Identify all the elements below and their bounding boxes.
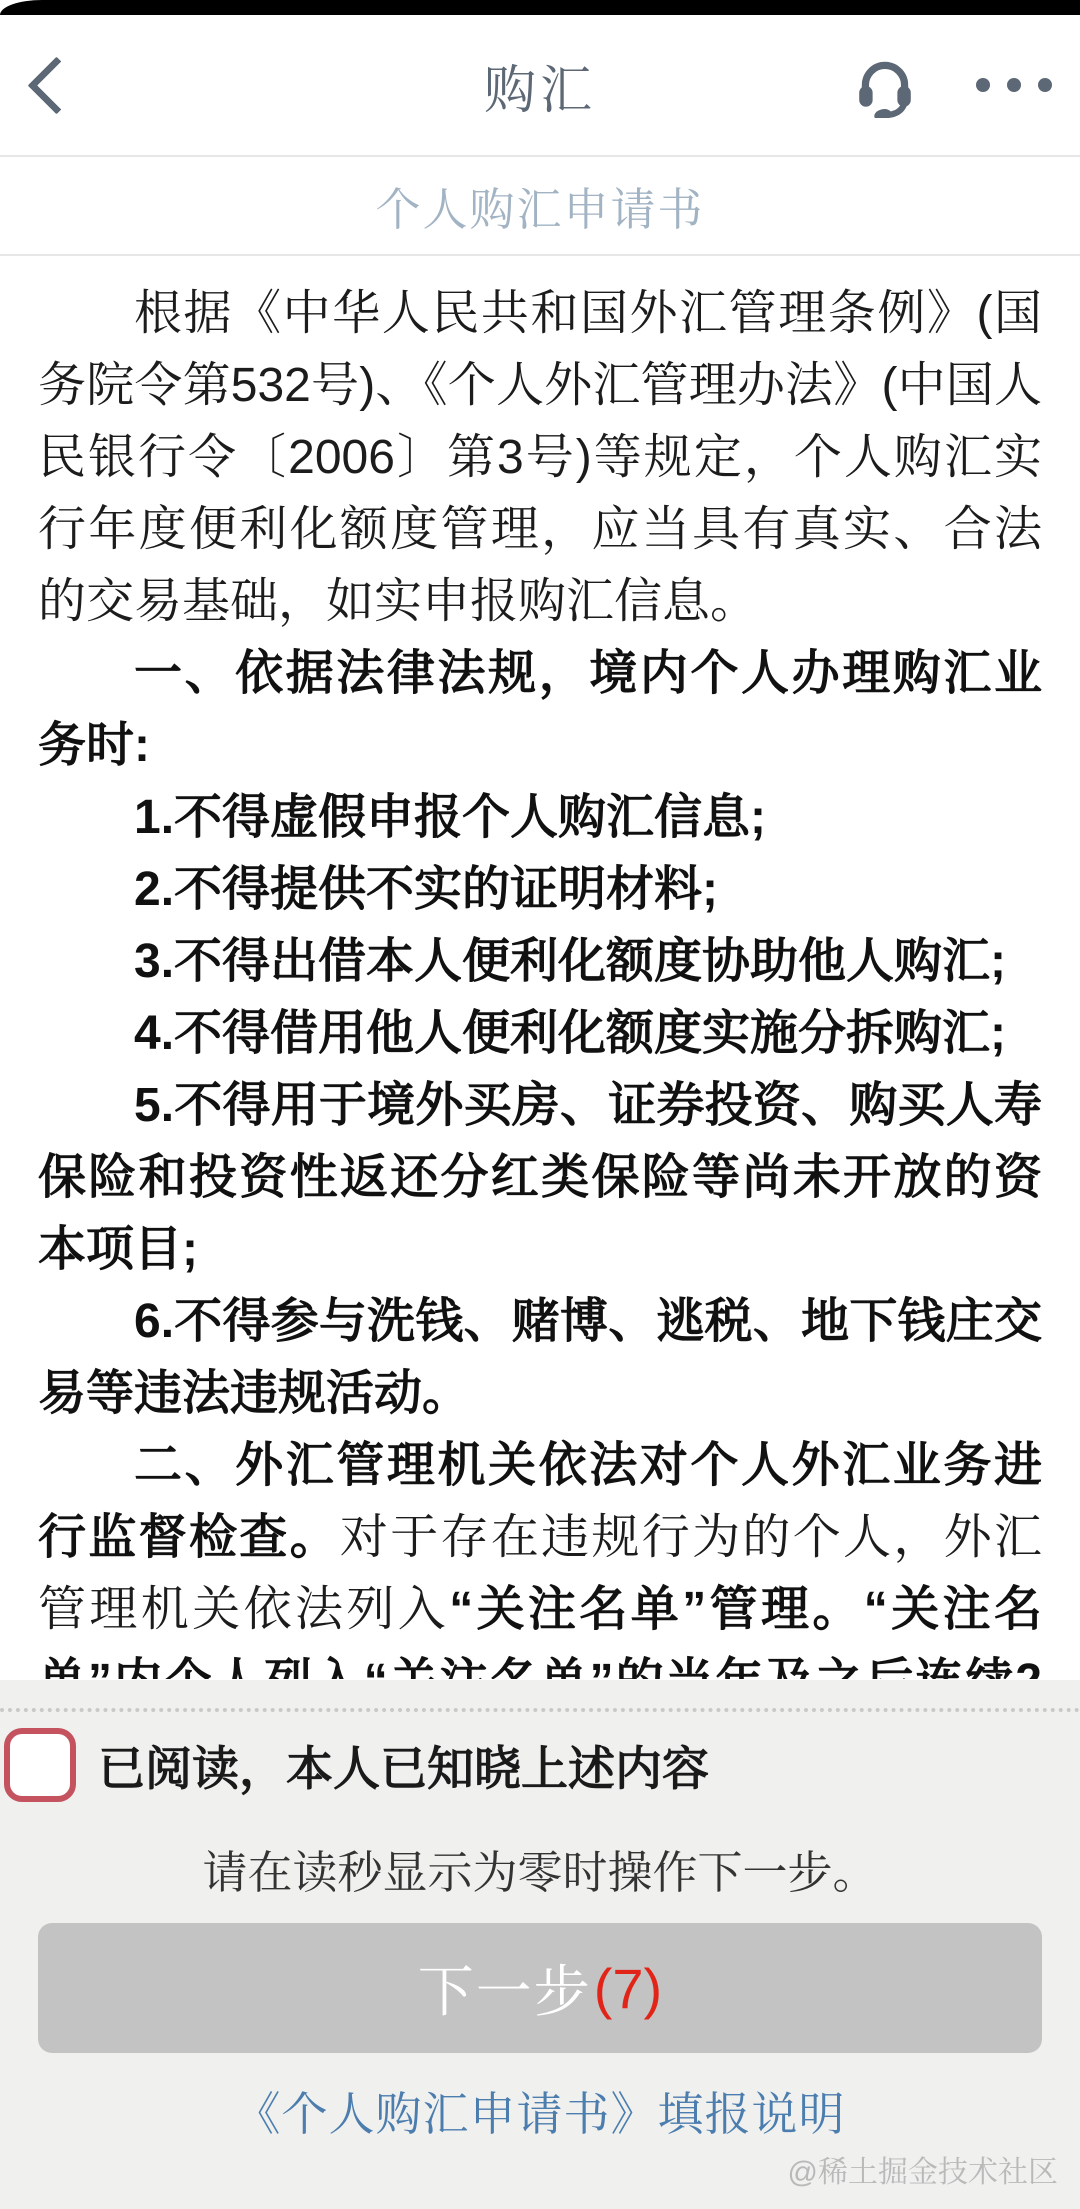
agreement-row: 已阅读，本人已知晓上述内容 [4, 1728, 1052, 1802]
dot-icon [976, 78, 990, 92]
doc-paragraph: 1.不得虚假申报个人购汇信息; [38, 782, 1042, 854]
more-options-button[interactable] [976, 52, 1052, 118]
navbar-actions [852, 52, 1052, 118]
status-bar [0, 0, 1080, 15]
doc-paragraph: 3.不得出借本人便利化额度协助他人购汇; [38, 926, 1042, 998]
agreement-label: 已阅读，本人已知晓上述内容 [98, 1732, 709, 1799]
dot-icon [1007, 78, 1021, 92]
countdown-badge: (7) [594, 1956, 662, 2021]
doc-paragraph: 2.不得提供不实的证明材料; [38, 854, 1042, 926]
doc-paragraph: 根据《中华人民共和国外汇管理条例》(国务院令第532号)、《个人外汇管理办法》(… [38, 278, 1042, 638]
filling-instructions-link[interactable]: 《个人购汇申请书》填报说明 [0, 2078, 1080, 2144]
customer-service-button[interactable] [852, 52, 918, 118]
bottom-panel: 已阅读，本人已知晓上述内容 请在读秒显示为零时操作下一步。 下一步(7) 《个人… [0, 1680, 1080, 2209]
next-step-label: 下一步 [418, 1948, 592, 2028]
dotted-divider [0, 1708, 1080, 1712]
doc-paragraph: 二、外汇管理机关依法对个人外汇业务进行监督检查。对于存在违规行为的个人，外汇管理… [38, 1430, 1042, 1679]
headset-icon [852, 52, 918, 118]
doc-paragraph: 6.不得参与洗钱、赌博、逃税、地下钱庄交易等违法违规活动。 [38, 1286, 1042, 1430]
back-button[interactable] [36, 40, 106, 130]
document-body[interactable]: 根据《中华人民共和国外汇管理条例》(国务院令第532号)、《个人外汇管理办法》(… [0, 256, 1080, 1679]
navbar: 购汇 [0, 15, 1080, 155]
agreement-checkbox[interactable] [4, 1728, 76, 1802]
document-title: 个人购汇申请书 [375, 173, 704, 238]
next-step-button[interactable]: 下一步(7) [38, 1923, 1042, 2053]
document-title-bar: 个人购汇申请书 [0, 157, 1080, 254]
dot-icon [1038, 78, 1052, 92]
countdown-hint: 请在读秒显示为零时操作下一步。 [0, 1836, 1080, 1901]
doc-paragraph: 5.不得用于境外买房、证券投资、购买人寿保险和投资性返还分红类保险等尚未开放的资… [38, 1070, 1042, 1286]
watermark: @稀土掘金技术社区 [788, 2147, 1058, 2191]
back-icon [28, 56, 86, 114]
doc-paragraph: 4.不得借用他人便利化额度实施分拆购汇; [38, 998, 1042, 1070]
doc-paragraph: 一、依据法律法规，境内个人办理购汇业务时: [38, 638, 1042, 782]
